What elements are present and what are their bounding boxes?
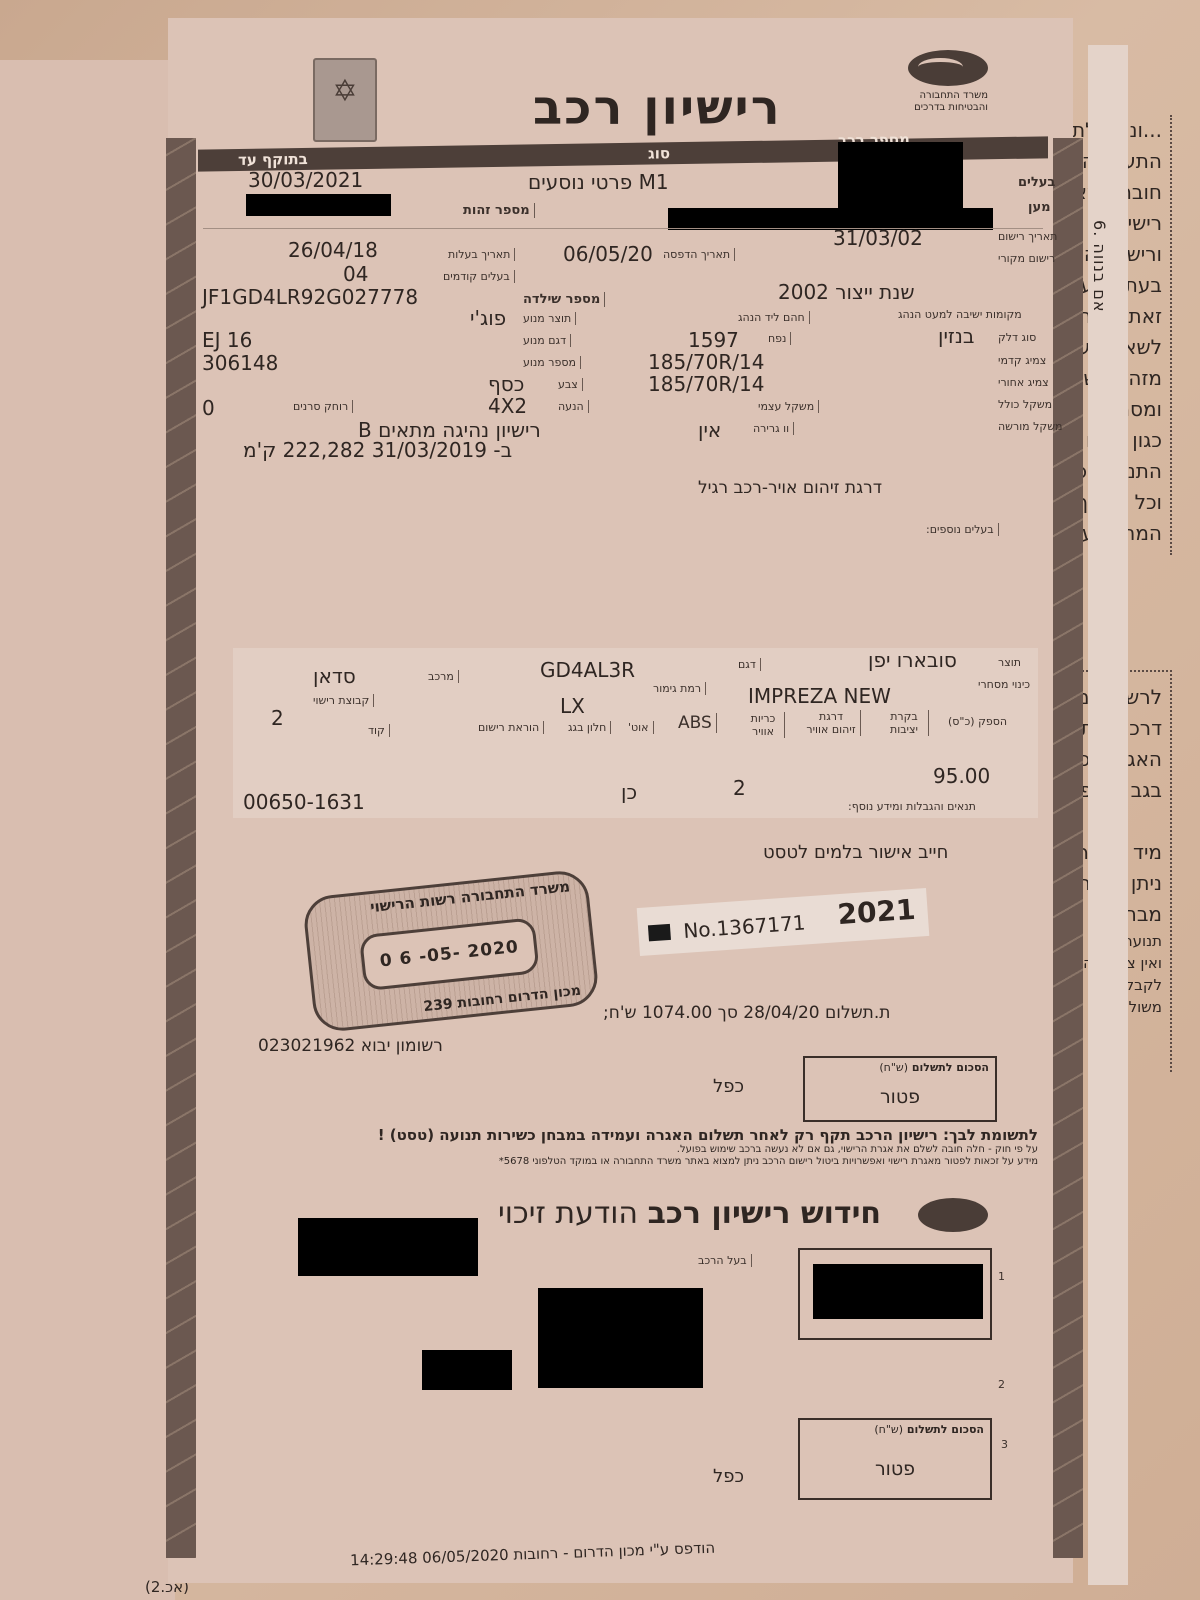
front-tires-label: צמיג קדמי [998, 354, 1046, 367]
power-value: 95.00 [933, 764, 990, 788]
double-label: כפל [713, 1076, 744, 1097]
redacted-name [298, 1218, 478, 1276]
redacted-id [246, 194, 391, 216]
maker-value: סובארו יפן [868, 648, 957, 672]
engine-model-value: EJ 16 [202, 328, 252, 352]
ministry-logo-icon [908, 50, 988, 86]
pollution-level: דרגת זיהום אויר-רכב רגיל [698, 478, 882, 498]
id-number-label: מספר זהות [463, 203, 535, 218]
color-value: כסף [488, 372, 524, 396]
right-strip-text: אם בנווה .6 [1090, 220, 1109, 313]
total-weight-label: משקל כולל [998, 398, 1052, 411]
original-registration-label: רישום מקורי [998, 252, 1055, 265]
front-tires-value: 185/70R/14 [648, 350, 764, 374]
pollution-grade-label: דרגת זיהום אוויר [806, 710, 861, 736]
model-value: GD4AL3R [540, 658, 635, 682]
print-date-label: תאריך הדפסה [663, 248, 735, 261]
year-of-manufacture: שנת ייצור 2002 [778, 280, 915, 304]
permitted-weight-label: משקל מורשה [998, 420, 1062, 433]
trade-name-value: IMPREZA NEW [748, 684, 891, 708]
fuel-value: בנזין [938, 324, 974, 348]
ownership-date-label: תאריך בעלות [448, 248, 515, 261]
renewal-title: חידוש רישיון רכב הודעת זיכוי [498, 1196, 881, 1231]
engine-number-label: מספר מנוע [523, 356, 581, 369]
volume-value: 1597 [688, 328, 739, 352]
sunroof-label: חלון בגג [568, 721, 611, 734]
engine-maker-label: תוצר מנוע [523, 312, 576, 325]
payment-amount-box: הסכום לתשלום (ש"ח) פטור [803, 1056, 997, 1122]
auto-label: אוט' [628, 721, 654, 734]
decorative-border-right [1053, 138, 1083, 1558]
abs-label: ABS [678, 713, 717, 733]
payment-amount-value: פטור [805, 1086, 995, 1108]
power-label: הספק (כ"ס) [948, 715, 1007, 728]
test-sticker: No.1367171 2021 [637, 888, 930, 956]
body-value: סדאן [313, 664, 356, 688]
airbags-label: כריות אוויר [746, 712, 785, 738]
redacted-address [668, 208, 993, 230]
previous-owners-label: בעלים קודמים [443, 270, 515, 283]
address-label: מען [1028, 200, 1051, 215]
sticker-year: 2021 [836, 893, 916, 931]
towing-label: וו גרירה [753, 422, 794, 435]
vehicle-type-value: M1 פרטי נוסעים [528, 170, 669, 194]
drive-value: 4X2 [488, 394, 527, 418]
inspection-stamp: משרד התחבורה רשות הרישוי 0 6 -05- 2020 מ… [302, 868, 601, 1033]
payment-line: ת.תשלום 28/04/20 סך 1074.00 ש'ח; [603, 1003, 890, 1023]
ownership-date-value: 26/04/18 [288, 238, 378, 262]
print-date-value: 06/05/20 [563, 242, 653, 266]
stability-label: בקרת יציבות [884, 710, 929, 736]
axle-distance-value: 0 [202, 396, 215, 420]
code-value: 00650-1631 [243, 790, 365, 814]
document-title: רישיון רכב [533, 80, 782, 136]
sticker-marker-icon [648, 924, 671, 941]
sunroof-value: כן [621, 780, 637, 804]
vehicle-license-document: ✡ רישיון רכב משרד התחבורה והבטיחות בדרכי… [168, 18, 1073, 1583]
body-label: מרכב [428, 670, 459, 683]
type-label: סוג [648, 144, 670, 162]
model-label: דגם [738, 658, 761, 671]
trim-label: רמת גימור [653, 682, 706, 695]
engine-model-label: דגם מנוע [523, 334, 571, 347]
renewal-double-label: כפל [713, 1466, 744, 1487]
fuel-label: סוג דלק [998, 331, 1036, 344]
previous-owners-value: 04 [343, 262, 368, 286]
stamp-date: 0 6 -05- 2020 [359, 917, 540, 991]
ministry-logo: משרד התחבורה והבטיחות בדרכים [888, 50, 988, 120]
registration-date-label: תאריך רישום [998, 230, 1057, 243]
trim-value: LX [560, 694, 585, 718]
additional-owners-label: בעלים נוספים: [926, 523, 999, 536]
color-label: צבע [558, 378, 583, 391]
axle-distance-label: רוחק סרנים [293, 400, 353, 413]
seats-label: מקומות ישיבה למעט הנהג [898, 308, 1022, 321]
volume-label: נפח [768, 332, 791, 345]
reg-instruction-label: הוראת רישום [478, 721, 544, 734]
conditions-label: תנאים והגבלות ומידע נוסף: [848, 800, 976, 813]
self-weight-label: משקל עצמי [758, 400, 819, 413]
odometer-reading: ב- 31/03/2019 222,282 ק'מ [243, 438, 512, 462]
chassis-label: מספר שילדה [523, 292, 605, 307]
engine-number-value: 306148 [202, 351, 278, 375]
engine-maker-value: פוג'י [470, 306, 506, 330]
state-emblem-icon: ✡ [313, 58, 377, 142]
rear-tires-value: 185/70R/14 [648, 372, 764, 396]
ministry-logo-text: משרד התחבורה והבטיחות בדרכים [888, 90, 988, 114]
ministry-logo-small-icon [918, 1198, 988, 1232]
maker-label: תוצר [998, 656, 1021, 669]
registration-date-value: 31/03/02 [833, 226, 923, 250]
airbags-value: 2 [733, 776, 746, 800]
drive-label: הנעה [558, 400, 589, 413]
vehicle-owner-label: בעל הרכב [698, 1254, 752, 1267]
redacted-owner-box [813, 1264, 983, 1319]
valid-until-value: 30/03/2021 [248, 168, 363, 192]
renewal-amount-value: פטור [800, 1458, 990, 1480]
attention-notice: לתשומת לבך: רישיון הרכב תקף רק לאחר תשלו… [298, 1126, 1038, 1168]
background-paper-left [0, 60, 175, 1600]
redacted-vehicle-number [838, 142, 963, 217]
rear-tires-label: צמיג אחורי [998, 376, 1049, 389]
valid-until-label: בתוקף עד [238, 150, 308, 169]
trade-name-label: כינוי מסחרי [978, 678, 1030, 691]
beside-driver-label: חהם ליד הנהג [738, 311, 810, 324]
license-group-label: קבוצת רישוי [313, 694, 374, 707]
owners-label: בעלים [1018, 175, 1055, 190]
code-label: קוד [368, 724, 390, 737]
sticker-number: No.1367171 [683, 910, 807, 942]
redacted-details [538, 1288, 703, 1388]
brakes-notice: חייב אישור בלמים לטסט [763, 842, 948, 863]
towing-value: אין [698, 418, 721, 442]
chassis-value: JF1GD4LR92G027778 [202, 285, 418, 309]
redacted-small [422, 1350, 512, 1390]
renewal-amount-box: הסכום לתשלום (ש"ח) פטור [798, 1418, 992, 1500]
decorative-border-left [166, 138, 196, 1558]
import-permit: רשומון יבוא 023021962 [258, 1036, 443, 1056]
license-group-value: 2 [271, 706, 284, 730]
